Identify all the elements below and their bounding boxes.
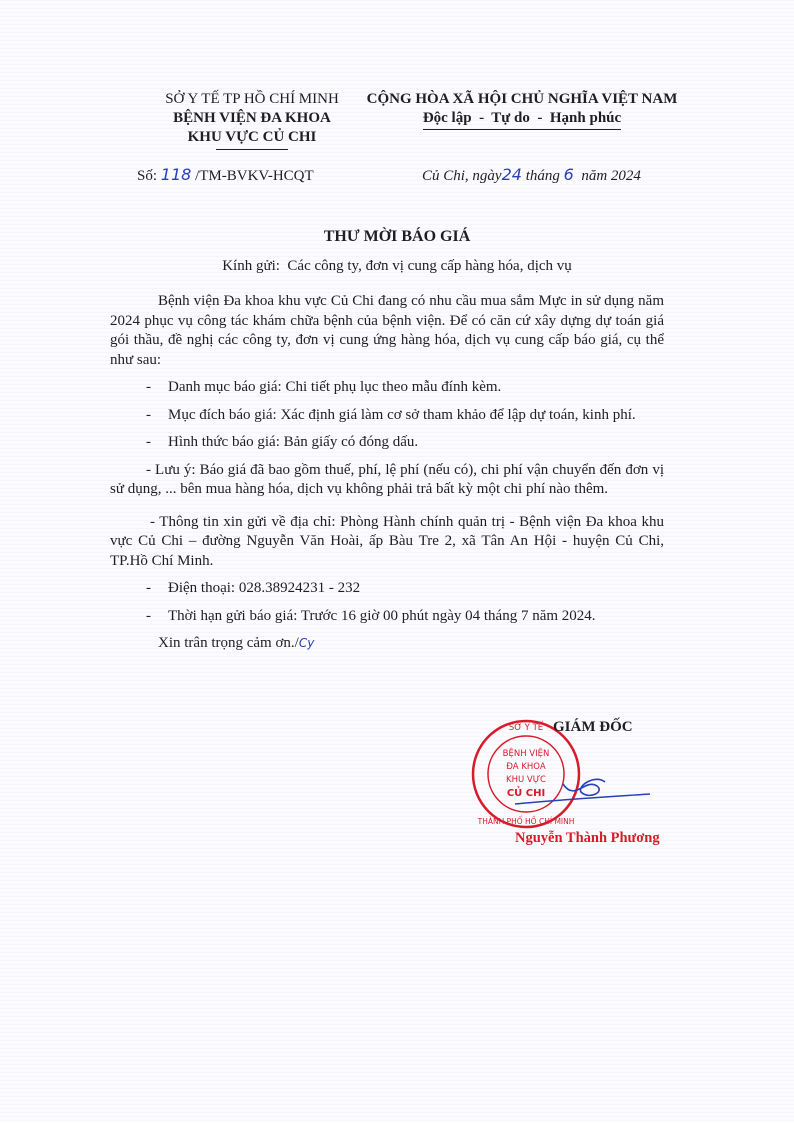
issuing-agency-block: SỞ Y TẾ TP HỒ CHÍ MINH BỆNH VIỆN ĐA KHOA…	[122, 90, 382, 150]
date-day: 24	[502, 165, 522, 184]
address-paragraph: - Thông tin xin gửi về địa chỉ: Phòng Hà…	[110, 513, 664, 572]
svg-text:THÀNH PHỐ HỒ CHÍ MINH: THÀNH PHỐ HỒ CHÍ MINH	[477, 816, 575, 826]
doc-number-prefix: Số:	[137, 168, 161, 184]
date-line: Củ Chi, ngày24 tháng 6 năm 2024	[422, 165, 641, 185]
deadline-line: -Thời hạn gửi báo giá: Trước 16 giờ 00 p…	[110, 607, 664, 627]
svg-text:SỞ Y TẾ: SỞ Y TẾ	[509, 721, 544, 733]
list-item: -Mục đích báo giá: Xác định giá làm cơ s…	[110, 406, 664, 426]
header-underline	[216, 149, 288, 150]
intro-paragraph: Bệnh viện Đa khoa khu vực Củ Chi đang có…	[110, 292, 664, 370]
recipient-line: Kính gửi: Các công ty, đơn vị cung cấp h…	[0, 258, 794, 275]
note-paragraph: - Lưu ý: Báo giá đã bao gồm thuế, phí, l…	[110, 461, 664, 500]
date-month: 6	[564, 165, 574, 184]
list-item: -Danh mục báo giá: Chi tiết phụ lục theo…	[110, 378, 664, 398]
svg-text:ĐA KHOA: ĐA KHOA	[506, 762, 545, 772]
date-year: năm 2024	[574, 168, 641, 184]
handwritten-initial: Cy	[299, 636, 314, 650]
signatory-name: Nguyễn Thành Phương	[515, 830, 660, 847]
list-item: -Hình thức báo giá: Bản giấy có đóng dấu…	[110, 433, 664, 453]
signature-icon	[505, 772, 655, 812]
date-place: Củ Chi, ngày	[422, 168, 502, 184]
document-page: SỞ Y TẾ TP HỒ CHÍ MINH BỆNH VIỆN ĐA KHOA…	[0, 0, 794, 1123]
doc-number-suffix: /TM-BVKV-HCQT	[191, 168, 313, 184]
document-number: Số: 118 /TM-BVKV-HCQT	[137, 165, 314, 185]
doc-number-handwritten: 118	[161, 165, 192, 184]
national-motto: Độc lập - Tự do - Hạnh phúc	[423, 109, 621, 130]
letter-body: Bệnh viện Đa khoa khu vực Củ Chi đang có…	[110, 292, 664, 654]
nation-name: CỘNG HÒA XÃ HỘI CHỦ NGHĨA VIỆT NAM	[362, 90, 682, 109]
phone-line: -Điện thoại: 028.38924231 - 232	[110, 579, 664, 599]
agency-name: SỞ Y TẾ TP HỒ CHÍ MINH	[122, 90, 382, 109]
svg-text:BỆNH VIỆN: BỆNH VIỆN	[503, 747, 550, 759]
closing-line: Xin trân trọng cảm ơn./Cy	[110, 634, 664, 654]
national-header-block: CỘNG HÒA XÃ HỘI CHỦ NGHĨA VIỆT NAM Độc l…	[362, 90, 682, 130]
date-month-label: tháng	[522, 168, 564, 184]
hospital-name-line2: KHU VỰC CỦ CHI	[122, 128, 382, 147]
hospital-name-line1: BỆNH VIỆN ĐA KHOA	[122, 109, 382, 128]
signatory-title: GIÁM ĐỐC	[553, 719, 633, 736]
document-title: THƯ MỜI BÁO GIÁ	[0, 228, 794, 246]
